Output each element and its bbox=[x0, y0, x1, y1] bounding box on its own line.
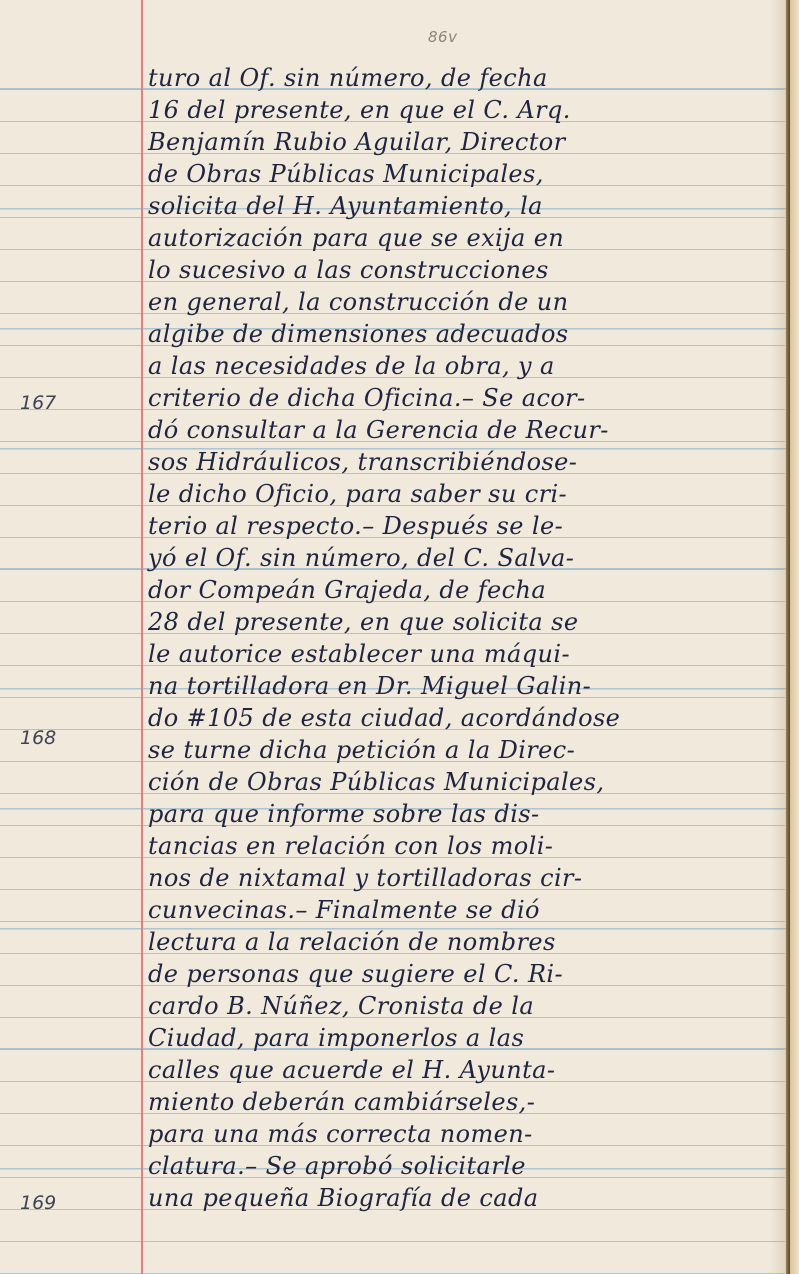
entry-number-168: 168 bbox=[20, 727, 56, 749]
text-line: solicita del H. Ayuntamiento, la bbox=[144, 190, 784, 222]
text-line: clatura.– Se aprobó solicitarle bbox=[144, 1150, 784, 1182]
text-line: terio al respecto.– Después se le- bbox=[144, 510, 784, 542]
ruled-line bbox=[0, 1241, 785, 1242]
text-line: lectura a la relación de nombres bbox=[144, 926, 784, 958]
text-line: miento deberán cambiárseles,- bbox=[144, 1086, 784, 1118]
page-edge bbox=[790, 0, 799, 1274]
text-line: cardo B. Núñez, Cronista de la bbox=[144, 990, 784, 1022]
text-line: Benjamín Rubio Aguilar, Director bbox=[144, 126, 784, 158]
text-line: de personas que sugiere el C. Ri- bbox=[144, 958, 784, 990]
entry-number-167: 167 bbox=[20, 392, 56, 414]
text-line: algibe de dimensiones adecuados bbox=[144, 318, 784, 350]
text-line: criterio de dicha Oficina.– Se acor- bbox=[144, 382, 784, 414]
text-line: a las necesidades de la obra, y a bbox=[144, 350, 784, 382]
text-line: 16 del presente, en que el C. Arq. bbox=[144, 94, 784, 126]
text-line: de Obras Públicas Municipales, bbox=[144, 158, 784, 190]
text-line: nos de nixtamal y tortilladoras cir- bbox=[144, 862, 784, 894]
text-line: le dicho Oficio, para saber su cri- bbox=[144, 478, 784, 510]
text-line: ción de Obras Públicas Municipales, bbox=[144, 766, 784, 798]
folio-number: 86v bbox=[428, 28, 457, 46]
text-line: turo al Of. sin número, de fecha bbox=[144, 62, 784, 94]
text-line: na tortilladora en Dr. Miguel Galin- bbox=[144, 670, 784, 702]
entry-number-169: 169 bbox=[20, 1192, 56, 1214]
red-margin-line bbox=[141, 0, 143, 1274]
text-line: lo sucesivo a las construcciones bbox=[144, 254, 784, 286]
text-line: dó consultar a la Gerencia de Recur- bbox=[144, 414, 784, 446]
text-line: para que informe sobre las dis- bbox=[144, 798, 784, 830]
text-line: calles que acuerde el H. Ayunta- bbox=[144, 1054, 784, 1086]
text-line: yó el Of. sin número, del C. Salva- bbox=[144, 542, 784, 574]
text-line: una pequeña Biografía de cada bbox=[144, 1182, 784, 1214]
text-line: dor Compeán Grajeda, de fecha bbox=[144, 574, 784, 606]
text-line: para una más correcta nomen- bbox=[144, 1118, 784, 1150]
text-line: se turne dicha petición a la Direc- bbox=[144, 734, 784, 766]
text-line: Ciudad, para imponerlos a las bbox=[144, 1022, 784, 1054]
text-line: cunvecinas.– Finalmente se dió bbox=[144, 894, 784, 926]
handwritten-text-block: turo al Of. sin número, de fecha 16 del … bbox=[144, 62, 784, 1214]
text-line: autorización para que se exija en bbox=[144, 222, 784, 254]
ledger-page: 86v 167 168 169 turo al Of. sin número, … bbox=[0, 0, 799, 1274]
text-line: le autorice establecer una máqui- bbox=[144, 638, 784, 670]
text-line: sos Hidráulicos, transcribiéndose- bbox=[144, 446, 784, 478]
text-line: en general, la construcción de un bbox=[144, 286, 784, 318]
text-line: do #105 de esta ciudad, acordándose bbox=[144, 702, 784, 734]
text-line: 28 del presente, en que solicita se bbox=[144, 606, 784, 638]
text-line: tancias en relación con los moli- bbox=[144, 830, 784, 862]
